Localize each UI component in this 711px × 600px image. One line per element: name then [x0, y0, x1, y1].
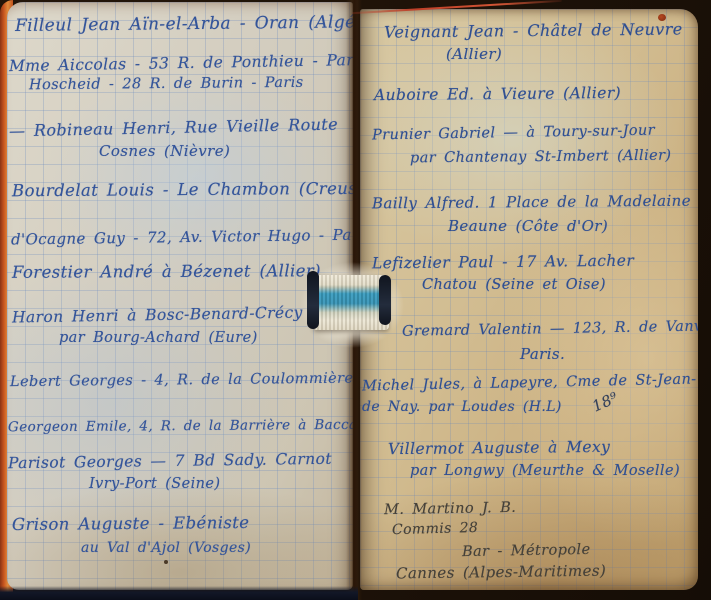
- entry-line: (Allier): [446, 45, 502, 63]
- entry-line: Mme Aiccolas - 53 R. de Ponthieu - Paris: [9, 51, 353, 75]
- bookmark-ribbon: [313, 275, 389, 330]
- cover-bottom-edge: [0, 586, 358, 600]
- entry-line: Auboire Ed. à Vieure (Allier): [374, 84, 621, 104]
- entry-line: Haron Henri à Bosc-Benard-Crécy: [12, 303, 303, 326]
- entry-line: d'Ocagne Guy - 72, Av. Victor Hugo - Par…: [11, 225, 353, 248]
- page-right: Veignant Jean - Châtel de Neuvre (Allier…: [360, 9, 698, 590]
- entry-line: Bourdelat Louis - Le Chambon (Creuse): [12, 179, 353, 201]
- entry-line: Chatou (Seine et Oise): [422, 277, 606, 293]
- entry-line: par Longwy (Meurthe & Moselle): [410, 463, 680, 479]
- entry-line: par Bourg-Achard (Eure): [59, 330, 258, 346]
- notebook-scan: Filleul Jean Aïn-el-Arba - Oran (Algérie…: [0, 0, 711, 600]
- entry-line: Veignant Jean - Châtel de Neuvre: [384, 19, 683, 41]
- entry-line: Filleul Jean Aïn-el-Arba - Oran (Algérie…: [15, 12, 353, 36]
- entry-line: par Chantenay St-Imbert (Allier): [410, 148, 672, 167]
- entry-line: Lefizelier Paul - 17 Av. Lacher: [372, 252, 634, 273]
- entry-line: Grison Auguste - Ebéniste: [12, 513, 250, 534]
- entry-line: Forestier André à Bézenet (Allier): [12, 261, 321, 282]
- entry-line: — Robineau Henri, Rue Vieille Route: [9, 115, 338, 141]
- entry-line: Cosnes (Nièvre): [99, 142, 230, 160]
- entry-line: Lebert Georges - 4, R. de la Coulommière…: [10, 370, 353, 390]
- entry-line: Bailly Alfred. 1 Place de la Madelaine: [372, 192, 691, 213]
- entry-line-pencil: Bar - Métropole: [462, 542, 591, 560]
- entry-line-pencil: Cannes (Alpes-Maritimes): [396, 562, 606, 583]
- margin-scribble: 18⁹: [589, 388, 620, 415]
- entry-line: Michel Jules, à Lapeyre, Cme de St-Jean-: [362, 371, 697, 394]
- paper-speck: [164, 560, 168, 564]
- entry-line: Georgeon Emile, 4, R. de la Barrière à B…: [8, 417, 353, 436]
- entry-line: Parisot Georges — 7 Bd Sady. Carnot: [8, 450, 332, 473]
- entry-line: Hoscheid - 28 R. de Burin - Paris: [29, 75, 304, 93]
- entry-line: Paris.: [520, 345, 565, 363]
- ink-blot: [658, 14, 666, 21]
- entry-line-pencil: Commis 28: [392, 520, 479, 538]
- entry-line: Villermot Auguste à Mexy: [388, 438, 610, 458]
- entry-line: Beaune (Côte d'Or): [448, 217, 608, 235]
- entry-line: Gremard Valentin — 123, R. de Vanves: [402, 318, 698, 340]
- entry-line: Prunier Gabriel — à Toury-sur-Jour: [372, 123, 655, 144]
- entry-line: de Nay. par Loudes (H.L): [362, 399, 562, 415]
- entry-line: au Val d'Ajol (Vosges): [81, 540, 251, 556]
- entry-line-pencil: M. Martino J. B.: [384, 500, 516, 518]
- entry-line: Ivry-Port (Seine): [89, 476, 220, 492]
